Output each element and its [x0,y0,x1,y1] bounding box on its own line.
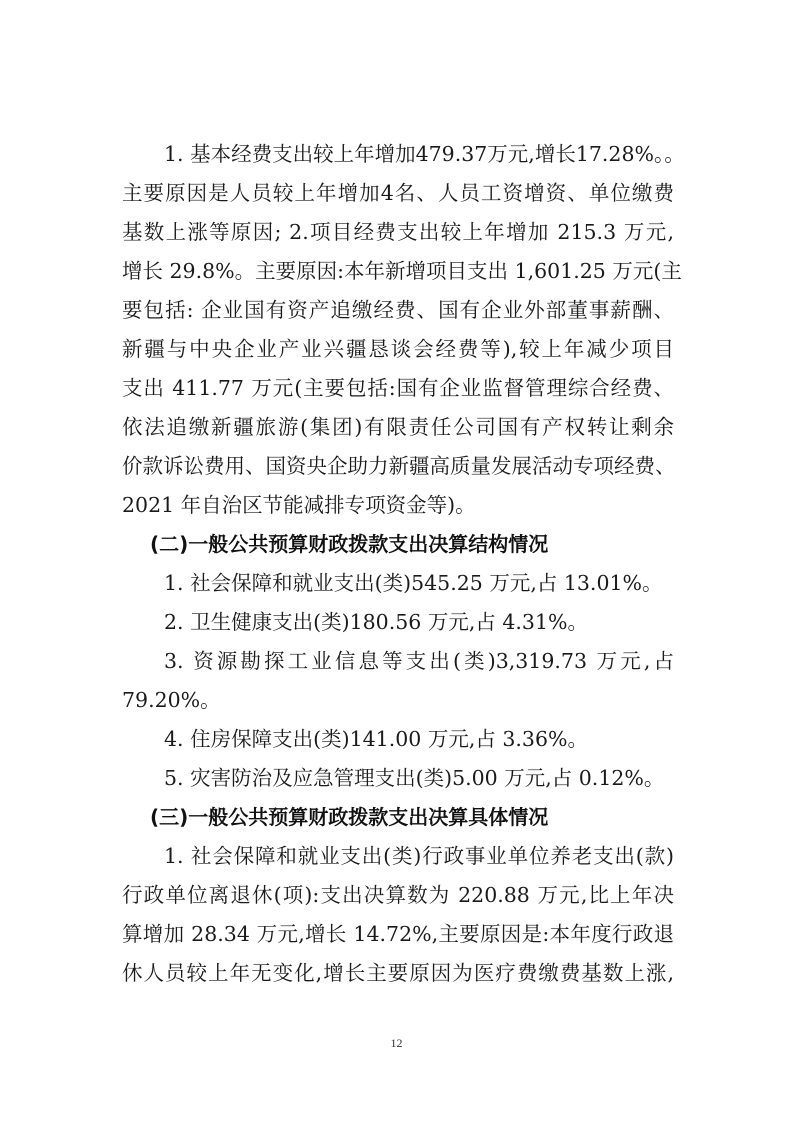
paragraph-line: 基数上涨等原因; 2.项目经费支出较上年增加 215.3 万元, [122,220,674,244]
list-item: 3. 资源勘探工业信息等支出(类)3,319.73 万元,占 [164,649,674,673]
section-heading: (二)一般公共预算财政拨款支出决算结构情况 [150,532,548,556]
paragraph-line: 支出 411.77 万元(主要包括:国有企业监督管理综合经费、 [122,376,674,400]
paragraph-line: 要包括: 企业国有资产追缴经费、国有企业外部董事薪酬、 [122,298,674,322]
paragraph-line: 新疆与中央企业产业兴疆恳谈会经费等),较上年减少项目 [122,337,674,361]
paragraph-line: 算增加 28.34 万元,增长 14.72%,主要原因是:本年度行政退 [122,922,674,946]
list-item: 1. 社会保障和就业支出(类)545.25 万元,占 13.01%。 [164,571,674,595]
paragraph-line: 2021 年自治区节能减排专项资金等)。 [122,493,674,517]
paragraph-line: 1. 基本经费支出较上年增加479.37万元,增长17.28%。。 [164,142,674,166]
list-item: 5. 灾害防治及应急管理支出(类)5.00 万元,占 0.12%。 [164,766,674,790]
paragraph-line: 主要原因是人员较上年增加4名、人员工资增资、单位缴费 [122,181,674,205]
paragraph-line: 1. 社会保障和就业支出(类)行政事业单位养老支出(款) [164,844,674,868]
paragraph-line: 休人员较上年无变化,增长主要原因为医疗费缴费基数上涨, [122,961,674,985]
list-item-continuation: 79.20%。 [122,688,674,712]
section-heading: (三)一般公共预算财政拨款支出决算具体情况 [150,805,548,829]
paragraph-line: 行政单位离退休(项):支出决算数为 220.88 万元,比上年决 [122,883,674,907]
page-number: 12 [0,1036,793,1051]
paragraph-line: 增长 29.8%。主要原因:本年新增项目支出 1,601.25 万元(主 [122,259,674,283]
list-item: 2. 卫生健康支出(类)180.56 万元,占 4.31%。 [164,610,674,634]
paragraph-line: 依法追缴新疆旅游(集团)有限责任公司国有产权转让剩余 [122,415,674,439]
list-item: 4. 住房保障支出(类)141.00 万元,占 3.36%。 [164,727,674,751]
paragraph-line: 价款诉讼费用、国资央企助力新疆高质量发展活动专项经费、 [122,454,674,478]
